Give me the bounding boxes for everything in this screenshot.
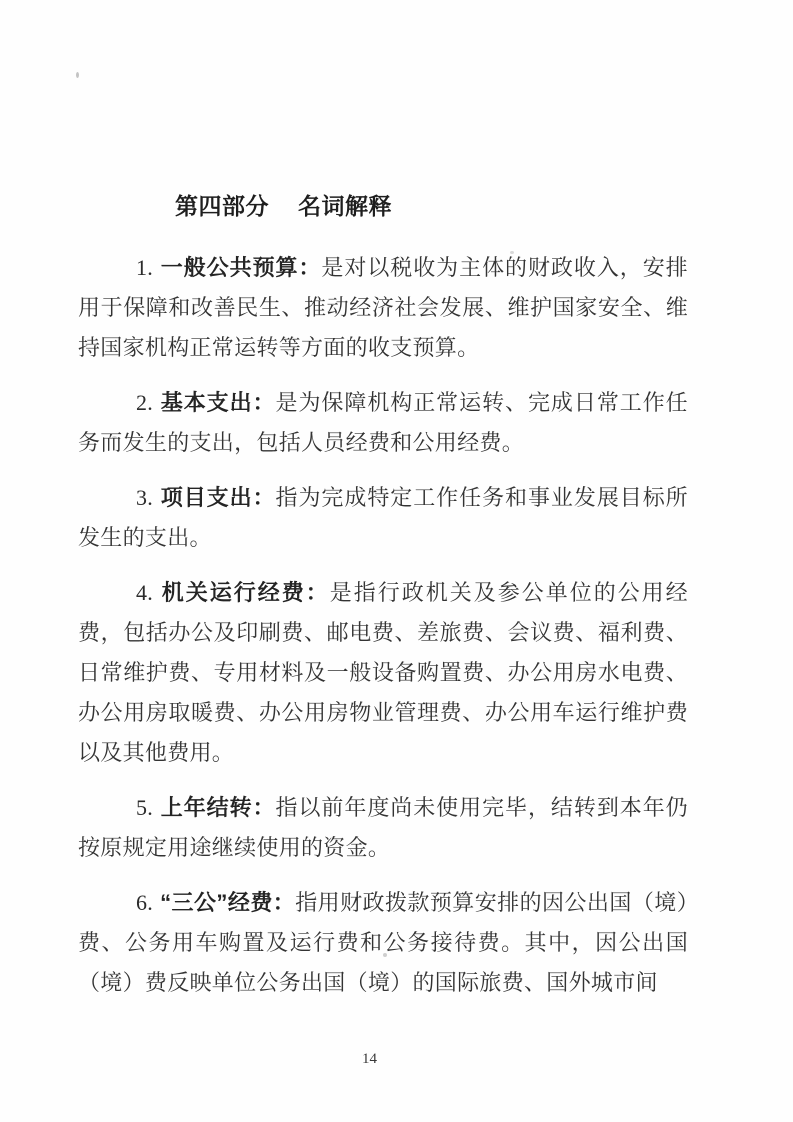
term-number: 6. [136, 890, 153, 915]
scan-artifact [76, 72, 79, 78]
term-label: 基本支出： [160, 390, 275, 415]
term-number: 2. [136, 390, 153, 415]
document-title: 第四部分名词解释 [175, 186, 688, 226]
document-page: 第四部分名词解释 1.一般公共预算：是对以税收为主体的财政收入，安排用于保障和改… [0, 0, 793, 1122]
term-label: 上年结转： [160, 795, 275, 820]
term-label: 机关运行经费： [160, 580, 330, 605]
term-definition: 是指行政机关及参公单位的公用经费，包括办公及印刷费、邮电费、差旅费、会议费、福利… [78, 580, 688, 765]
document-body: 第四部分名词解释 1.一般公共预算：是对以税收为主体的财政收入，安排用于保障和改… [78, 186, 688, 1003]
definition-paragraph-6: 6.“三公”经费：指用财政拨款预算安排的因公出国（境）费、公务用车购置及运行费和… [78, 883, 688, 1003]
page-footer: 14 [0, 1050, 766, 1068]
definition-paragraph-1: 1.一般公共预算：是对以税收为主体的财政收入，安排用于保障和改善民生、推动经济社… [78, 248, 688, 368]
definition-paragraph-3: 3.项目支出：指为完成特定工作任务和事业发展目标所发生的支出。 [78, 478, 688, 558]
page-number: 14 [362, 1051, 377, 1067]
definition-paragraph-2: 2.基本支出：是为保障机构正常运转、完成日常工作任务而发生的支出，包括人员经费和… [78, 383, 688, 463]
term-number: 3. [136, 485, 153, 510]
definition-paragraph-4: 4.机关运行经费：是指行政机关及参公单位的公用经费，包括办公及印刷费、邮电费、差… [78, 573, 688, 773]
term-number: 4. [136, 580, 153, 605]
term-number: 1. [136, 255, 153, 280]
title-section-name: 名词解释 [298, 193, 392, 219]
definition-paragraph-5: 5.上年结转：指以前年度尚未使用完毕，结转到本年仍按原规定用途继续使用的资金。 [78, 788, 688, 868]
title-section-label: 第四部分 [175, 193, 269, 219]
term-number: 5. [136, 795, 153, 820]
term-label: 一般公共预算： [160, 255, 321, 280]
term-label: 项目支出： [160, 485, 275, 510]
term-label: “三公”经费： [160, 890, 295, 915]
